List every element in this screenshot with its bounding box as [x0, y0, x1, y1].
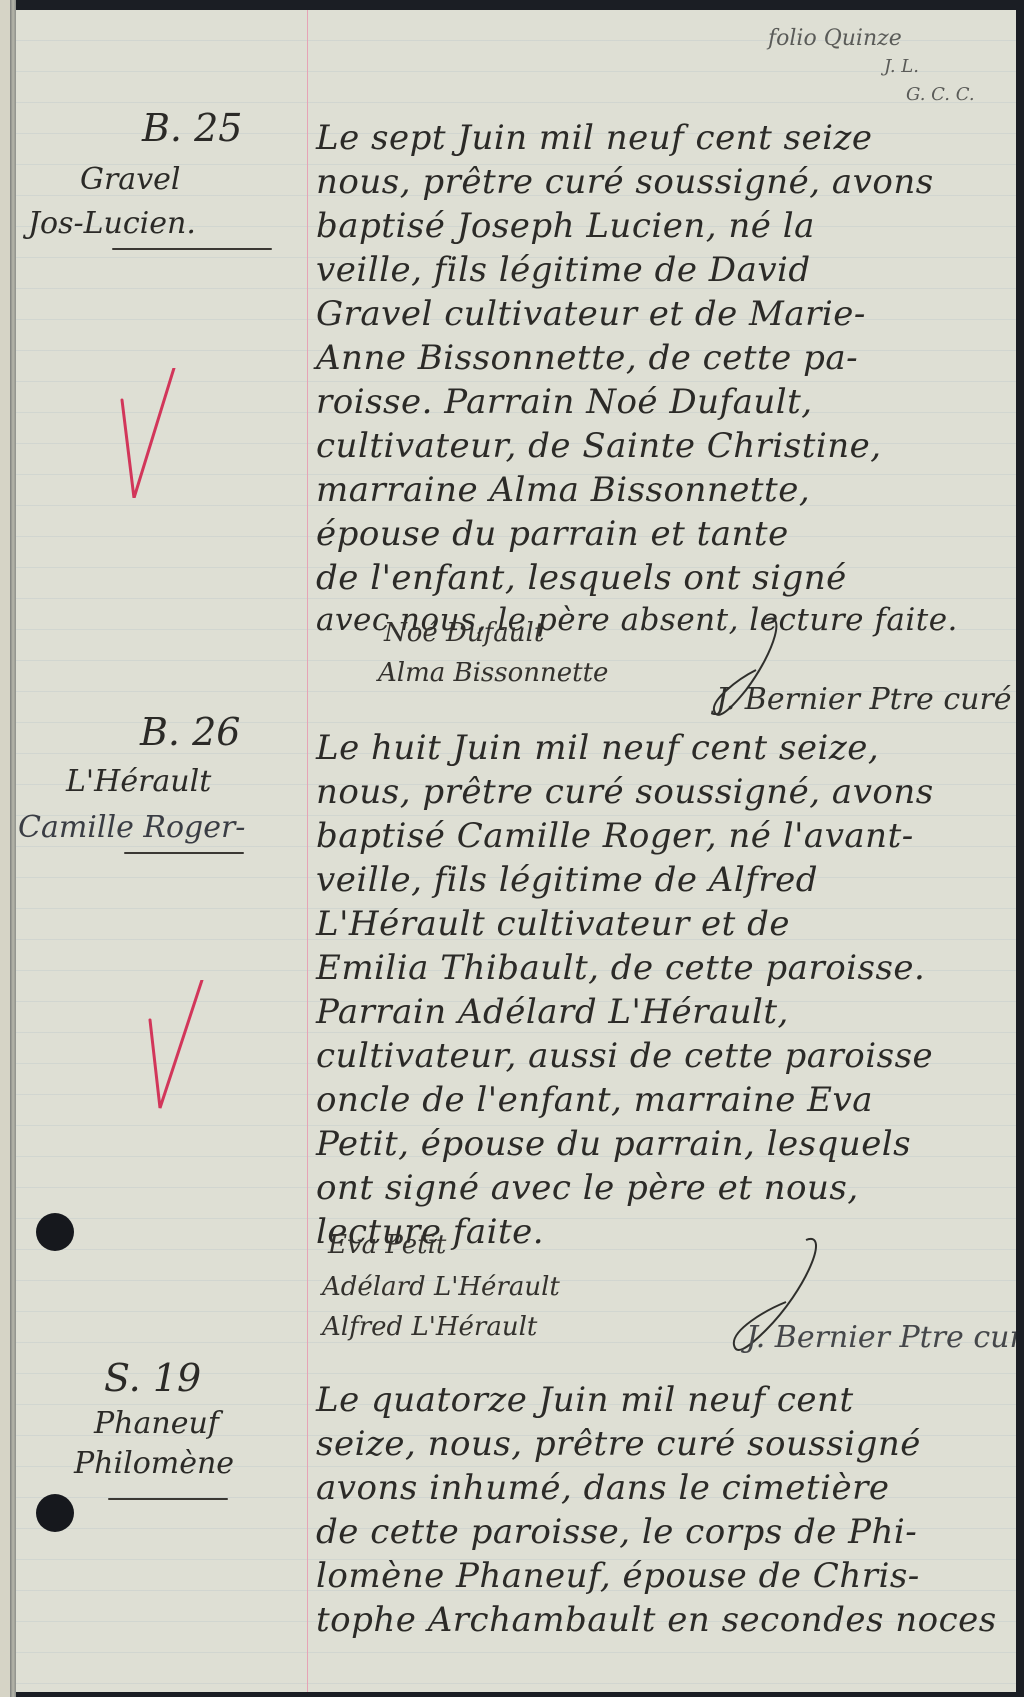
name-underline [112, 248, 272, 250]
binder-hole-bottom [36, 1494, 74, 1532]
folio-note-line-2: J. L. [884, 56, 919, 77]
entry-surname: Phaneuf [94, 1406, 219, 1441]
text-line: Le sept Juin mil neuf cent seize [316, 118, 873, 158]
witness-signature: Eva Petit [328, 1230, 446, 1260]
witness-signature: Alfred L'Hérault [322, 1312, 537, 1342]
text-line: épouse du parrain et tante [316, 514, 789, 554]
text-line: Anne Bissonnette, de cette pa- [316, 338, 858, 378]
text-line: baptisé Joseph Lucien, né la [316, 206, 815, 246]
text-line: Gravel cultivateur et de Marie- [316, 294, 866, 334]
priest-signature: J. Bernier Ptre curé [716, 682, 1012, 717]
text-line: cultivateur, de Sainte Christine, [316, 426, 882, 466]
text-line: ont signé avec le père et nous, [316, 1168, 859, 1208]
text-line: Le quatorze Juin mil neuf cent [316, 1380, 854, 1420]
margin-rule [307, 10, 308, 1692]
text-line: cultivateur, aussi de cette paroisse [316, 1036, 933, 1076]
entry-code: S. 19 [104, 1356, 201, 1400]
text-line: L'Hérault cultivateur et de [316, 904, 790, 944]
text-line: marraine Alma Bissonnette, [316, 470, 810, 510]
checkmark-icon [116, 368, 186, 498]
folio-note-line-3: G. C. C. [906, 84, 975, 105]
text-line: veille, fils légitime de David [316, 250, 811, 290]
checkmark-icon [146, 980, 216, 1110]
text-line: nous, prêtre curé soussigné, avons [316, 162, 934, 202]
witness-signature: Noé Dufault [384, 618, 544, 648]
text-line: roisse. Parrain Noé Dufault, [316, 382, 813, 422]
entry-given-name: Philomène [74, 1446, 234, 1481]
text-line: de cette paroisse, le corps de Phi- [316, 1512, 917, 1552]
witness-signature: Alma Bissonnette [378, 658, 608, 688]
binder-hole-top [36, 1213, 74, 1251]
entry-given-name: Camille Roger- [18, 810, 245, 845]
text-line: veille, fils légitime de Alfred [316, 860, 818, 900]
entry-surname: L'Hérault [66, 764, 211, 799]
register-page: folio Quinze J. L. G. C. C. B. 25 Gravel… [16, 10, 1016, 1692]
witness-signature: Adélard L'Hérault [322, 1272, 560, 1302]
entry-surname: Gravel [80, 162, 181, 197]
text-line: Le huit Juin mil neuf cent seize, [316, 728, 879, 768]
entry-code: B. 25 [142, 106, 242, 150]
text-line: Parrain Adélard L'Hérault, [316, 992, 789, 1032]
text-line: Emilia Thibault, de cette paroisse. [316, 948, 925, 988]
text-line: tophe Archambault en secondes noces [316, 1600, 997, 1640]
text-line: oncle de l'enfant, marraine Eva [316, 1080, 873, 1120]
name-underline [124, 852, 244, 854]
entry-given-name: Jos-Lucien. [28, 206, 196, 241]
entry-code: B. 26 [140, 710, 240, 754]
text-line: baptisé Camille Roger, né l'avant- [316, 816, 914, 856]
text-line: lomène Phaneuf, épouse de Chris- [316, 1556, 920, 1596]
text-line: seize, nous, prêtre curé soussigné [316, 1424, 921, 1464]
text-line: de l'enfant, lesquels ont signé [316, 558, 847, 598]
name-underline [108, 1498, 228, 1500]
folio-note-line-1: folio Quinze [768, 26, 902, 51]
text-line: avons inhumé, dans le cimetière [316, 1468, 889, 1508]
text-line: nous, prêtre curé soussigné, avons [316, 772, 934, 812]
priest-signature: J. Bernier Ptre curé [746, 1320, 1016, 1355]
text-line: Petit, épouse du parrain, lesquels [316, 1124, 911, 1164]
